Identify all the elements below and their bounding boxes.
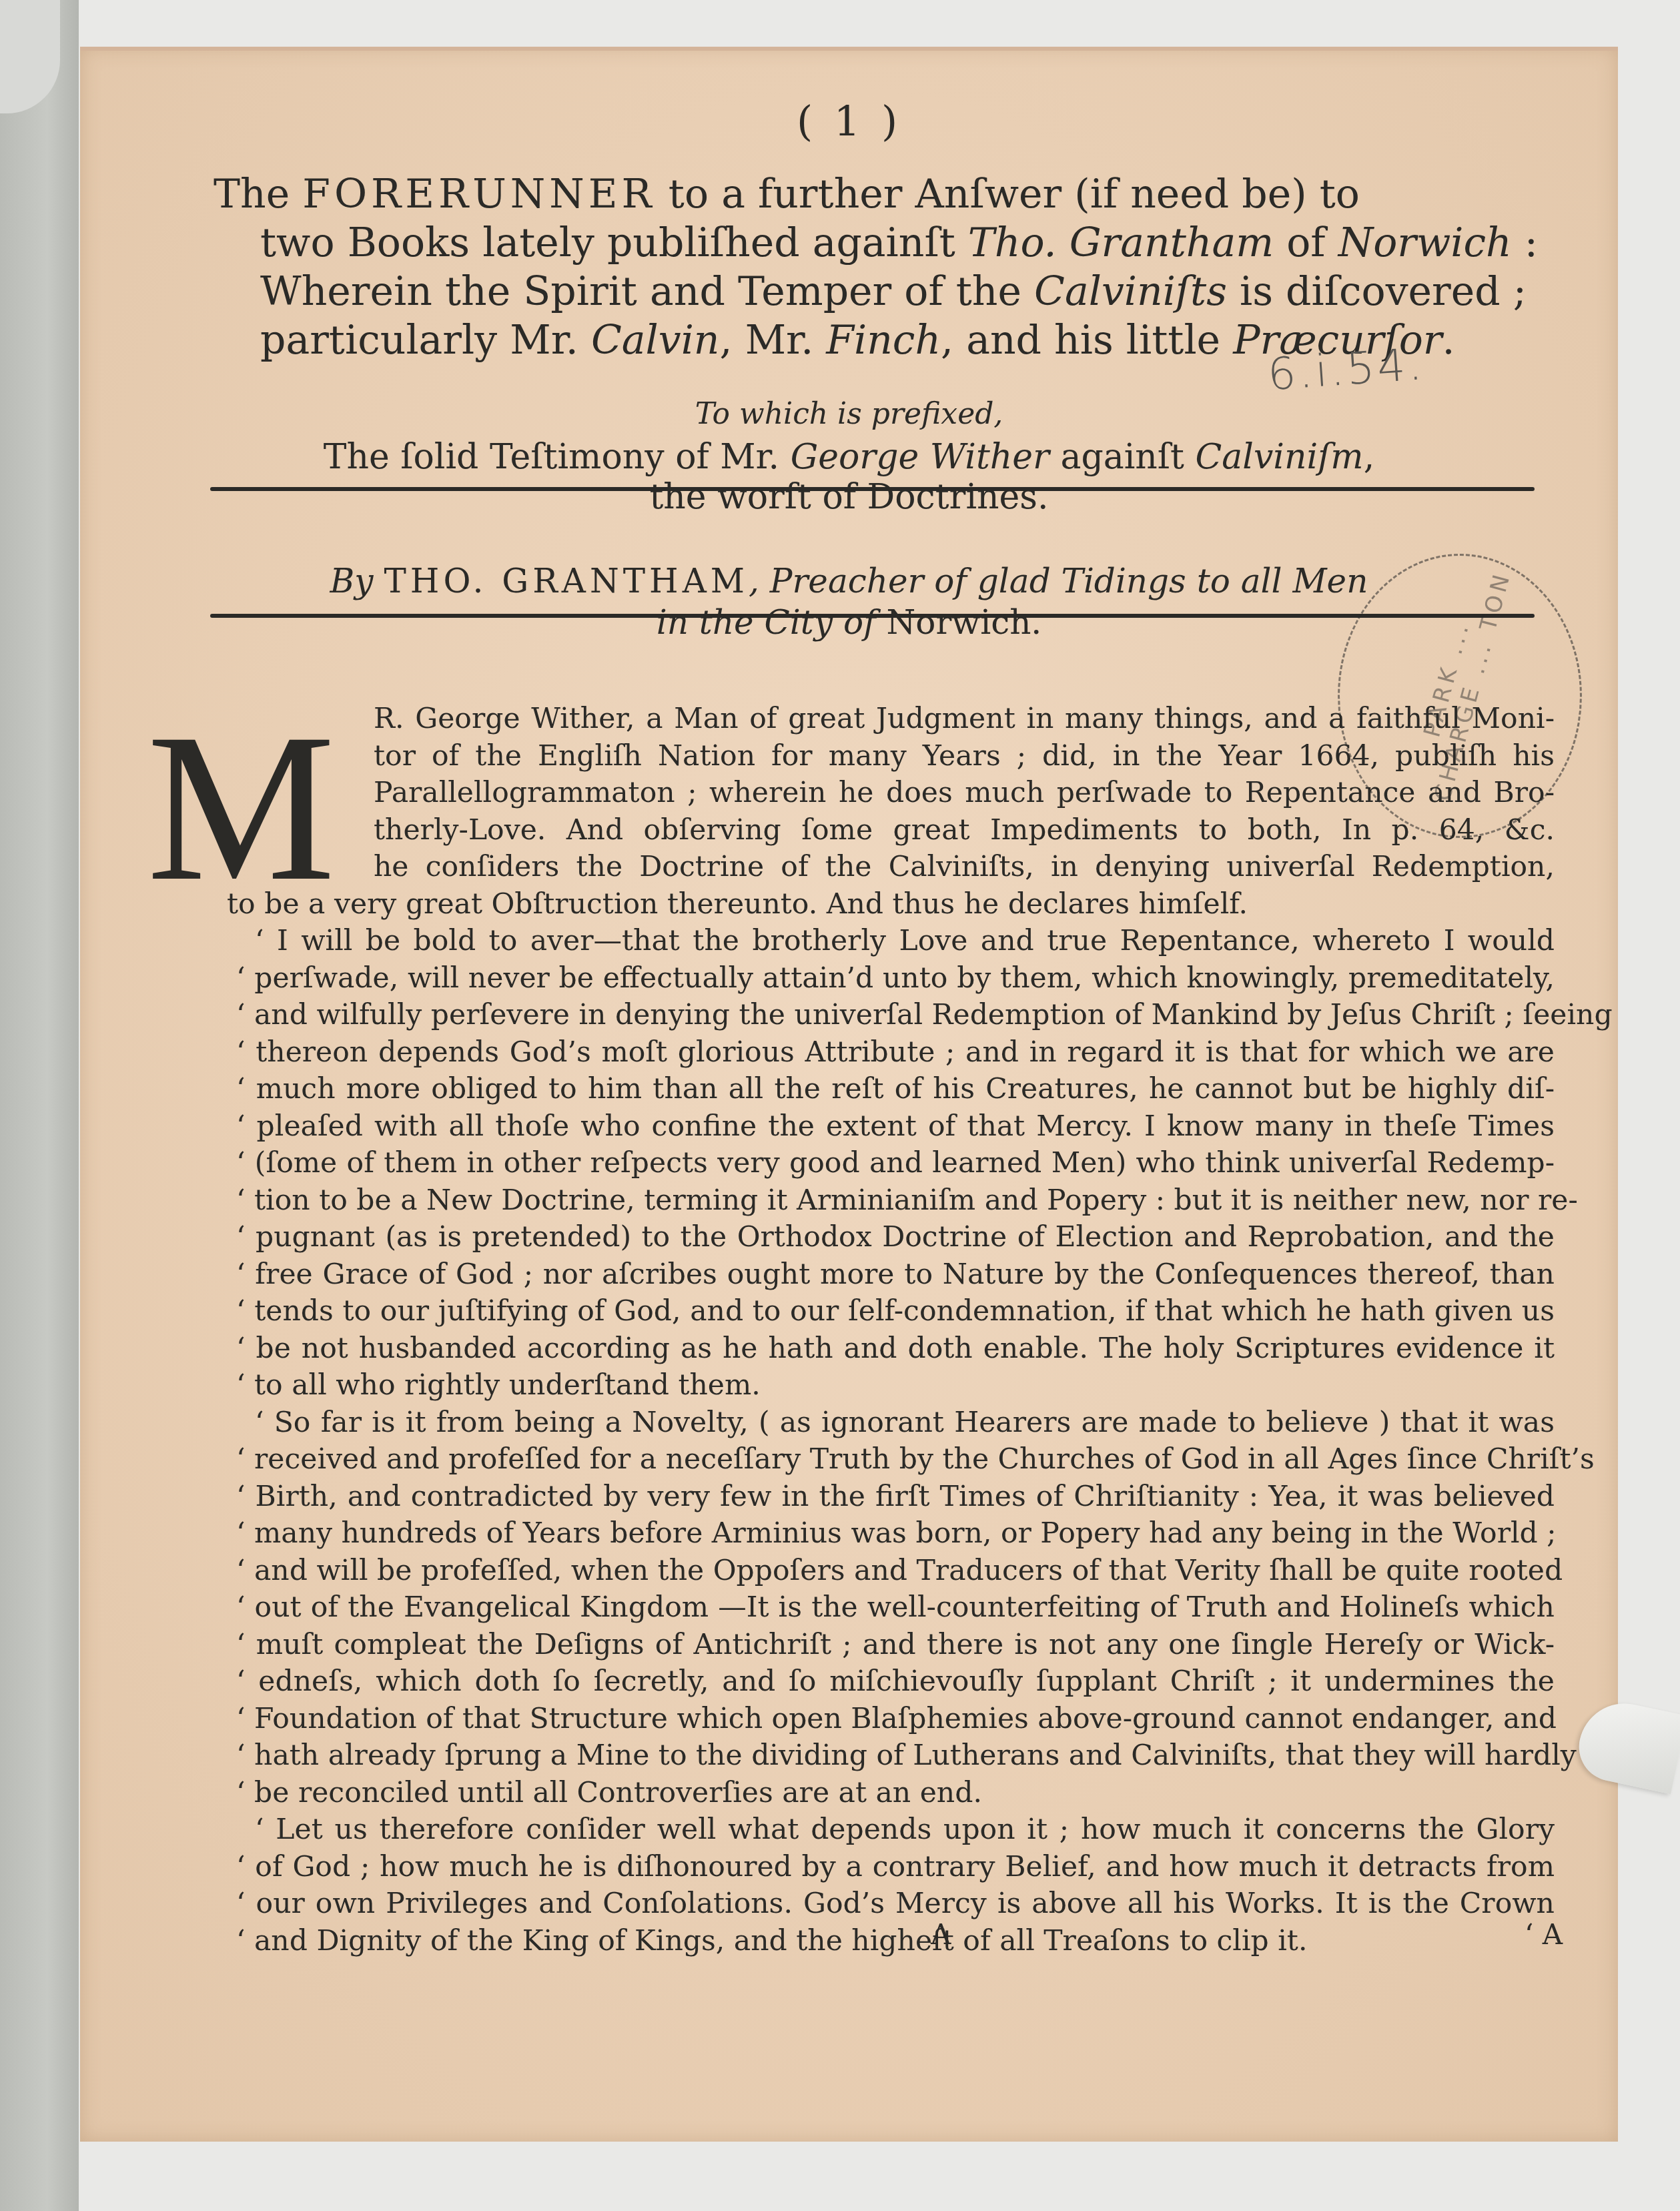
title-italic: Calvin: [591, 317, 720, 364]
title-text: is diſcovered ;: [1227, 268, 1527, 315]
handwritten-shelfmark: 6.i.54.: [1266, 338, 1426, 400]
body-line: ‘ out of the Evangelical Kingdom —It is …: [227, 1589, 1555, 1627]
byline-by: By: [330, 562, 384, 600]
byline-city: Norwich.: [887, 603, 1042, 642]
body-line: ‘ free Grace of God ; nor aſcribes ought…: [227, 1256, 1555, 1294]
testimony-text: The ſolid Teſtimony of Mr.: [324, 437, 791, 477]
divider-rule-bottom: [210, 614, 1535, 618]
title-text: two Books lately publiſhed againſt: [260, 219, 968, 266]
byline-italic: in the City of: [657, 603, 887, 642]
author-title: , Preacher of glad Tidings to all Men: [749, 562, 1368, 600]
body-line: ‘ I will be bold to aver—that the brothe…: [227, 923, 1555, 960]
body-line: ‘ tion to be a New Doctrine, terming it …: [227, 1182, 1555, 1220]
page-number: ( 1 ): [80, 97, 1618, 145]
signature-mark: A: [931, 1918, 951, 1951]
body-line: Parallellogrammaton ; wherein he does mu…: [227, 775, 1555, 812]
title-text: of: [1274, 219, 1338, 266]
title-line-1: The FORERUNNER to a further Anſwer (if n…: [214, 170, 1548, 219]
testimony-italic: George Wither: [791, 437, 1049, 477]
body-line: ‘ pugnant (as is pretended) to the Ortho…: [227, 1219, 1555, 1256]
title-text: Wherein the Spirit and Temper of the: [260, 268, 1034, 315]
page-edge: [80, 47, 1618, 51]
body-line: ‘ and wilfully perſevere in denying the …: [227, 997, 1555, 1034]
title-italic: Calviniſts: [1034, 268, 1227, 315]
body-line: to be a very great Obſtruction thereunto…: [227, 886, 1555, 923]
testimony-block: The ſolid Teſtimony of Mr. George Wither…: [80, 437, 1618, 517]
document-page: ( 1 ) The FORERUNNER to a further Anſwer…: [80, 47, 1618, 2142]
body-line: ‘ be not husbanded according as he hath …: [227, 1330, 1555, 1368]
body-line: ‘ many hundreds of Years before Arminius…: [227, 1515, 1555, 1553]
body-line: tor of the Engliſh Nation for many Years…: [227, 738, 1555, 775]
body-line: therly-Love. And obſerving ſome great Im…: [227, 812, 1555, 849]
title-line-3: Wherein the Spirit and Temper of the Cal…: [214, 268, 1548, 316]
body-line: ‘ (ſome of them in other reſpects very g…: [227, 1145, 1555, 1182]
body-line: ‘ edneſs, which doth ſo ſecretly, and ſo…: [227, 1663, 1555, 1701]
body-line: ‘ received and profeſſed for a neceſſary…: [227, 1441, 1555, 1478]
body-line: ‘ Birth, and contradicted by very few in…: [227, 1478, 1555, 1516]
title-text: to a further Anſwer (if need be) to: [656, 171, 1360, 217]
body-text: R. George Wither, a Man of great Judgmen…: [227, 701, 1555, 1959]
testimony-text: againſt: [1049, 437, 1196, 477]
body-line: ‘ Foundation of that Structure which ope…: [227, 1701, 1555, 1738]
body-line: ‘ and Dignity of the King of Kings, and …: [227, 1923, 1555, 1960]
divider-rule-top: [210, 487, 1535, 491]
title-italic: Norwich: [1338, 219, 1512, 266]
title-text: :: [1512, 219, 1538, 266]
body-line: ‘ Let us therefore conſider well what de…: [227, 1811, 1555, 1849]
body-line: ‘ tends to our juſtifying of God, and to…: [227, 1293, 1555, 1330]
prefixed-label: To which is prefixed,: [80, 397, 1618, 431]
title-text: , and his little: [941, 317, 1233, 364]
author-name: THO. GRANTHAM: [384, 562, 749, 600]
catchword: ‘ A: [1525, 1918, 1563, 1951]
body-line: ‘ perſwade, will never be effectually at…: [227, 960, 1555, 997]
title-caps: FORERUNNER: [302, 171, 656, 217]
title-italic: Finch: [826, 317, 941, 364]
body-line: ‘ and will be profeſſed, when the Oppoſe…: [227, 1553, 1555, 1590]
title-text: , Mr.: [720, 317, 827, 364]
body-line: ‘ pleaſed with all thoſe who confine the…: [227, 1108, 1555, 1146]
title-text: particularly Mr.: [260, 317, 591, 364]
body-line: ‘ our own Privileges and Conſolations. G…: [227, 1885, 1555, 1923]
body-line: ‘ to all who rightly underſtand them.: [227, 1367, 1555, 1404]
title-italic: Tho. Grantham: [968, 219, 1274, 266]
title-line-2: two Books lately publiſhed againſt Tho. …: [214, 219, 1548, 268]
title-text: The: [214, 171, 302, 217]
testimony-line-2: the worſt of Doctrines.: [80, 477, 1618, 517]
body-line: ‘ be reconciled until all Controverſies …: [227, 1775, 1555, 1812]
body-line: R. George Wither, a Man of great Judgmen…: [227, 701, 1555, 738]
testimony-italic: Calviniſm: [1196, 437, 1364, 477]
body-line: ‘ muſt compleat the Deſigns of Antichriſ…: [227, 1627, 1555, 1664]
body-line: he conſiders the Doctrine of the Calvini…: [227, 849, 1555, 886]
body-line: ‘ of God ; how much he is diſhonoured by…: [227, 1849, 1555, 1886]
title-block: The FORERUNNER to a further Anſwer (if n…: [214, 170, 1548, 365]
body-line: ‘ So far is it from being a Novelty, ( a…: [227, 1404, 1555, 1442]
testimony-line-1: The ſolid Teſtimony of Mr. George Wither…: [80, 437, 1618, 477]
testimony-text: ,: [1364, 437, 1375, 477]
book-binding: [0, 0, 79, 2211]
body-line: ‘ hath already ſprung a Mine to the divi…: [227, 1737, 1555, 1775]
body-line: ‘ much more obliged to him than all the …: [227, 1071, 1555, 1108]
body-line: ‘ thereon depends God’s moſt glorious At…: [227, 1034, 1555, 1071]
title-text: .: [1442, 317, 1455, 364]
